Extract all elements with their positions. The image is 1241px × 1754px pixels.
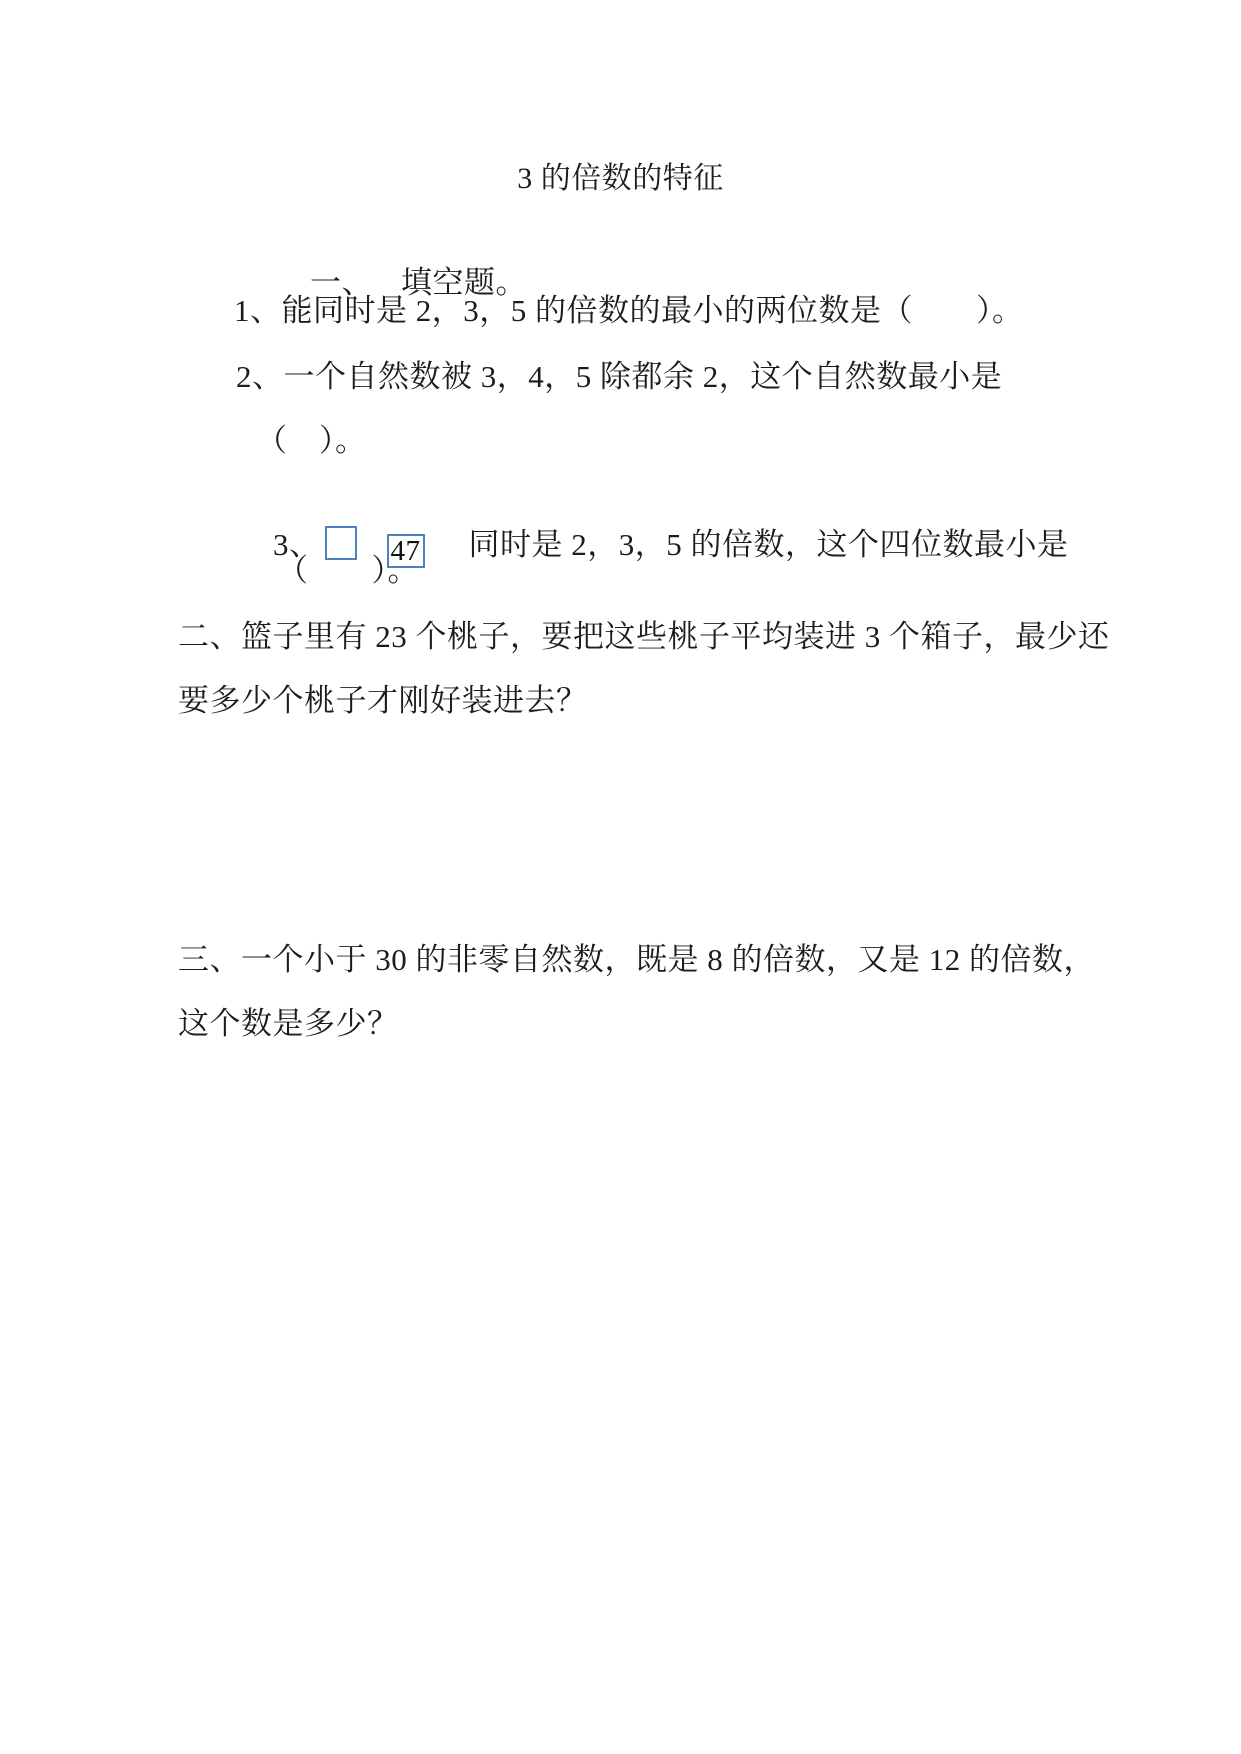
question-2-line-1: 2、一个自然数被 3，4，5 除都余 2，这个自然数最小是 [236, 358, 1002, 396]
page-title: 3 的倍数的特征 [0, 160, 1241, 198]
section-three-line-2: 这个数是多少？ [178, 1005, 399, 1043]
question-2-blank-line: （ ）。 [256, 422, 367, 460]
question-1: 1、能同时是 2，3，5 的倍数的最小的两位数是（ ）。 [234, 292, 1024, 330]
section-two-line-1: 二、篮子里有 23 个桃子，要把这些桃子平均装进 3 个箱子，最少还 [178, 618, 1110, 656]
worksheet-page: 3 的倍数的特征 一、填空题。 1、能同时是 2，3，5 的倍数的最小的两位数是… [0, 0, 1241, 1754]
section-three-line-1: 三、一个小于 30 的非零自然数，既是 8 的倍数，又是 12 的倍数， [178, 941, 1095, 979]
question-3-text: 同时是 2，3，5 的倍数，这个四位数最小是 [469, 527, 1069, 562]
question-3-blank-line: （ ）。 [277, 552, 419, 590]
section-two-line-2: 要多少个桃子才刚好装进去？ [178, 682, 588, 720]
